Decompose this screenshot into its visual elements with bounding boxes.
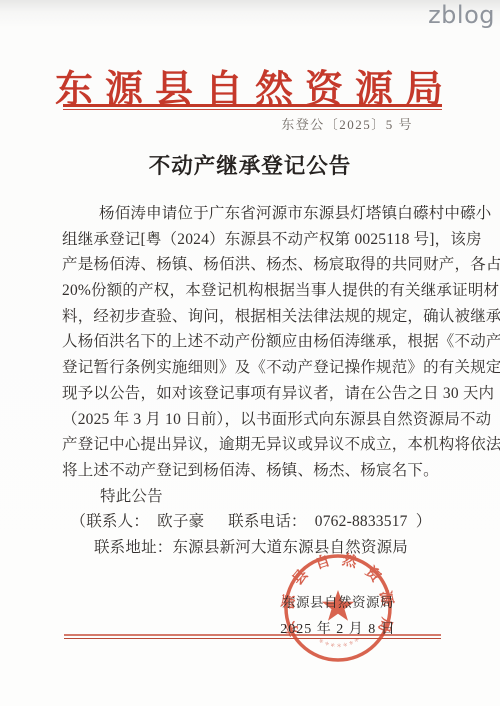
contact-line: （联系人： 欧子豪 联系电话： 0762-8833517 ） [62,509,440,535]
announcement-body: 杨佰涛申请位于广东省河源市东源县灯塔镇白礤村中礤小 组继承登记[粤（2024）东… [62,201,440,561]
closing-statement: 特此公告 [62,484,440,510]
signature-agency: 东源县自然资源局 [270,591,406,611]
header-divider-thick-line [63,104,442,107]
body-line: （2025 年 3 月 10 日前），以书面形式向东源县自然资源局不动 [62,407,440,433]
body-line: 产登记中心提出异议，逾期无异议或异议不成立，本机构将依法 [62,432,440,458]
body-line: 将上述不动产登记到杨佰涛、杨镇、杨杰、杨宸名下。 [62,458,440,484]
signature-date: 2025 年 2 月 8 日 [270,618,406,638]
page-title: 不动产继承登记公告 [0,149,500,180]
svg-text:＊＊＊＊＊＊＊: ＊＊＊＊＊＊＊ [317,638,361,650]
body-line: 人杨佰洪名下的上述不动产份额应由杨佰涛继承，根据《不动产 [62,329,440,355]
body-line: 现予以公告，如对该登记事项有异议者，请在公告之日 30 天内 [62,381,440,407]
body-line: 杨佰涛申请位于广东省河源市东源县灯塔镇白礤村中礤小 [62,201,440,227]
header-divider-thin-line [63,109,442,111]
seal-serial-marks: ＊＊＊＊＊＊＊ [317,638,361,650]
body-line: 产是杨佰涛、杨镇、杨佰洪、杨杰、杨宸取得的共同财产，各占 [62,252,440,278]
document-number: 东登公〔2025〕5 号 [281,114,413,133]
zblog-watermark: zblog [428,1,495,29]
body-line: 组继承登记[粤（2024）东源县不动产权第 0025118 号]，该房 [62,227,440,253]
body-line: 登记暂行条例实施细则》及《不动产登记操作规范》的有关规定， [62,355,440,381]
body-line: 料，经初步查验、询问，根据相关法律法规的规定，确认被继承 [62,304,440,330]
header-divider [63,104,442,110]
announcement-document: zblog 东源县自然资源局 东登公〔2025〕5 号 不动产继承登记公告 杨佰… [0,0,500,706]
body-line: 20%份额的产权，本登记机构根据当事人提供的有关继承证明材 [62,278,440,304]
